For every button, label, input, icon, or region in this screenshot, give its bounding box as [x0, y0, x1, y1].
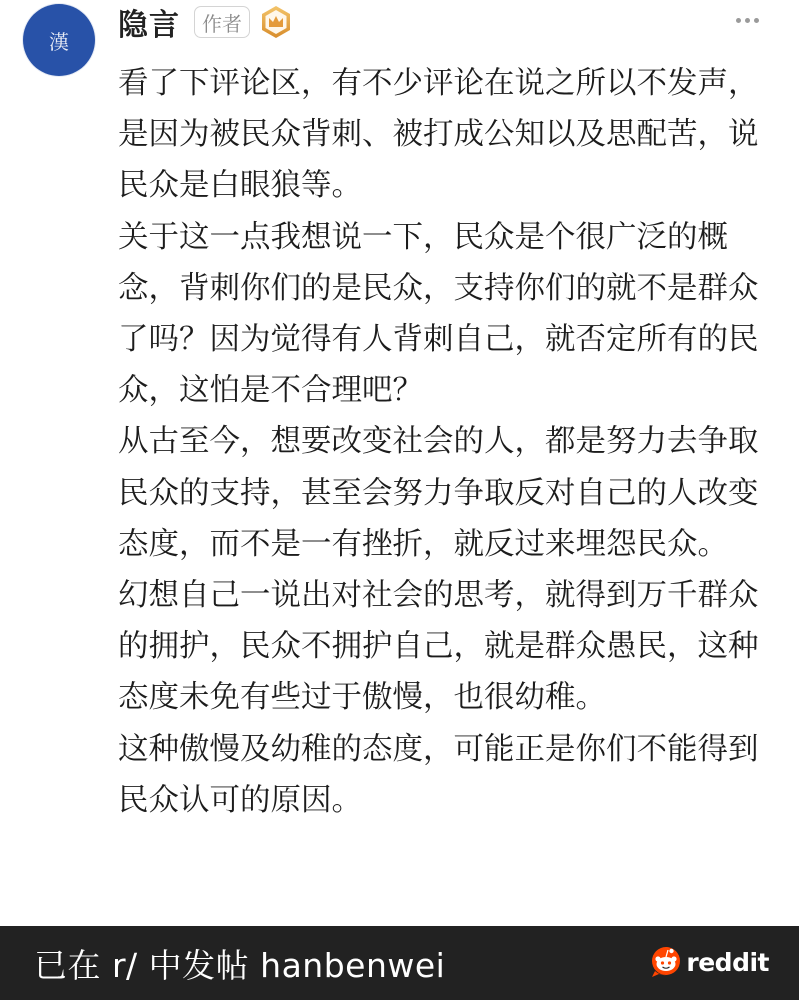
paragraph: 从古至今，想要改变社会的人，都是努力去争取民众的支持，甚至会努力争取反对自己的人… — [118, 416, 768, 570]
comment: 漢 隐言 作者 看了下评论区，有不少评论在说之所以不发声，是因为被民众背刺、被打… — [0, 0, 799, 926]
author-tag: 作者 — [194, 6, 250, 38]
reddit-snoo-icon — [650, 945, 682, 979]
avatar-glyph: 漢 — [49, 26, 69, 55]
crown-badge-icon — [260, 5, 292, 39]
avatar[interactable]: 漢 — [23, 4, 95, 76]
reddit-footer-bar: 已在 r/ 中发帖 hanbenwei reddit — [0, 926, 799, 1000]
paragraph: 看了下评论区，有不少评论在说之所以不发声，是因为被民众背刺、被打成公知以及思配苦… — [118, 58, 768, 212]
username[interactable]: 隐言 — [118, 0, 180, 44]
paragraph: 幻想自己一说出对社会的思考，就得到万千群众的拥护，民众不拥护自己，就是群众愚民，… — [118, 570, 768, 724]
paragraph: 这种傲慢及幼稚的态度，可能正是你们不能得到民众认可的原因。 — [118, 724, 768, 826]
paragraph: 关于这一点我想说一下，民众是个很广泛的概念，背刺你们的是民众，支持你们的就不是群… — [118, 212, 768, 417]
more-options-icon[interactable] — [736, 18, 759, 23]
posted-in-text: 已在 r/ 中发帖 hanbenwei — [34, 940, 445, 987]
comment-header: 隐言 作者 — [118, 2, 292, 42]
reddit-wordmark: reddit — [686, 948, 769, 977]
reddit-logo: reddit — [650, 945, 769, 979]
comment-body: 看了下评论区，有不少评论在说之所以不发声，是因为被民众背刺、被打成公知以及思配苦… — [118, 58, 768, 826]
